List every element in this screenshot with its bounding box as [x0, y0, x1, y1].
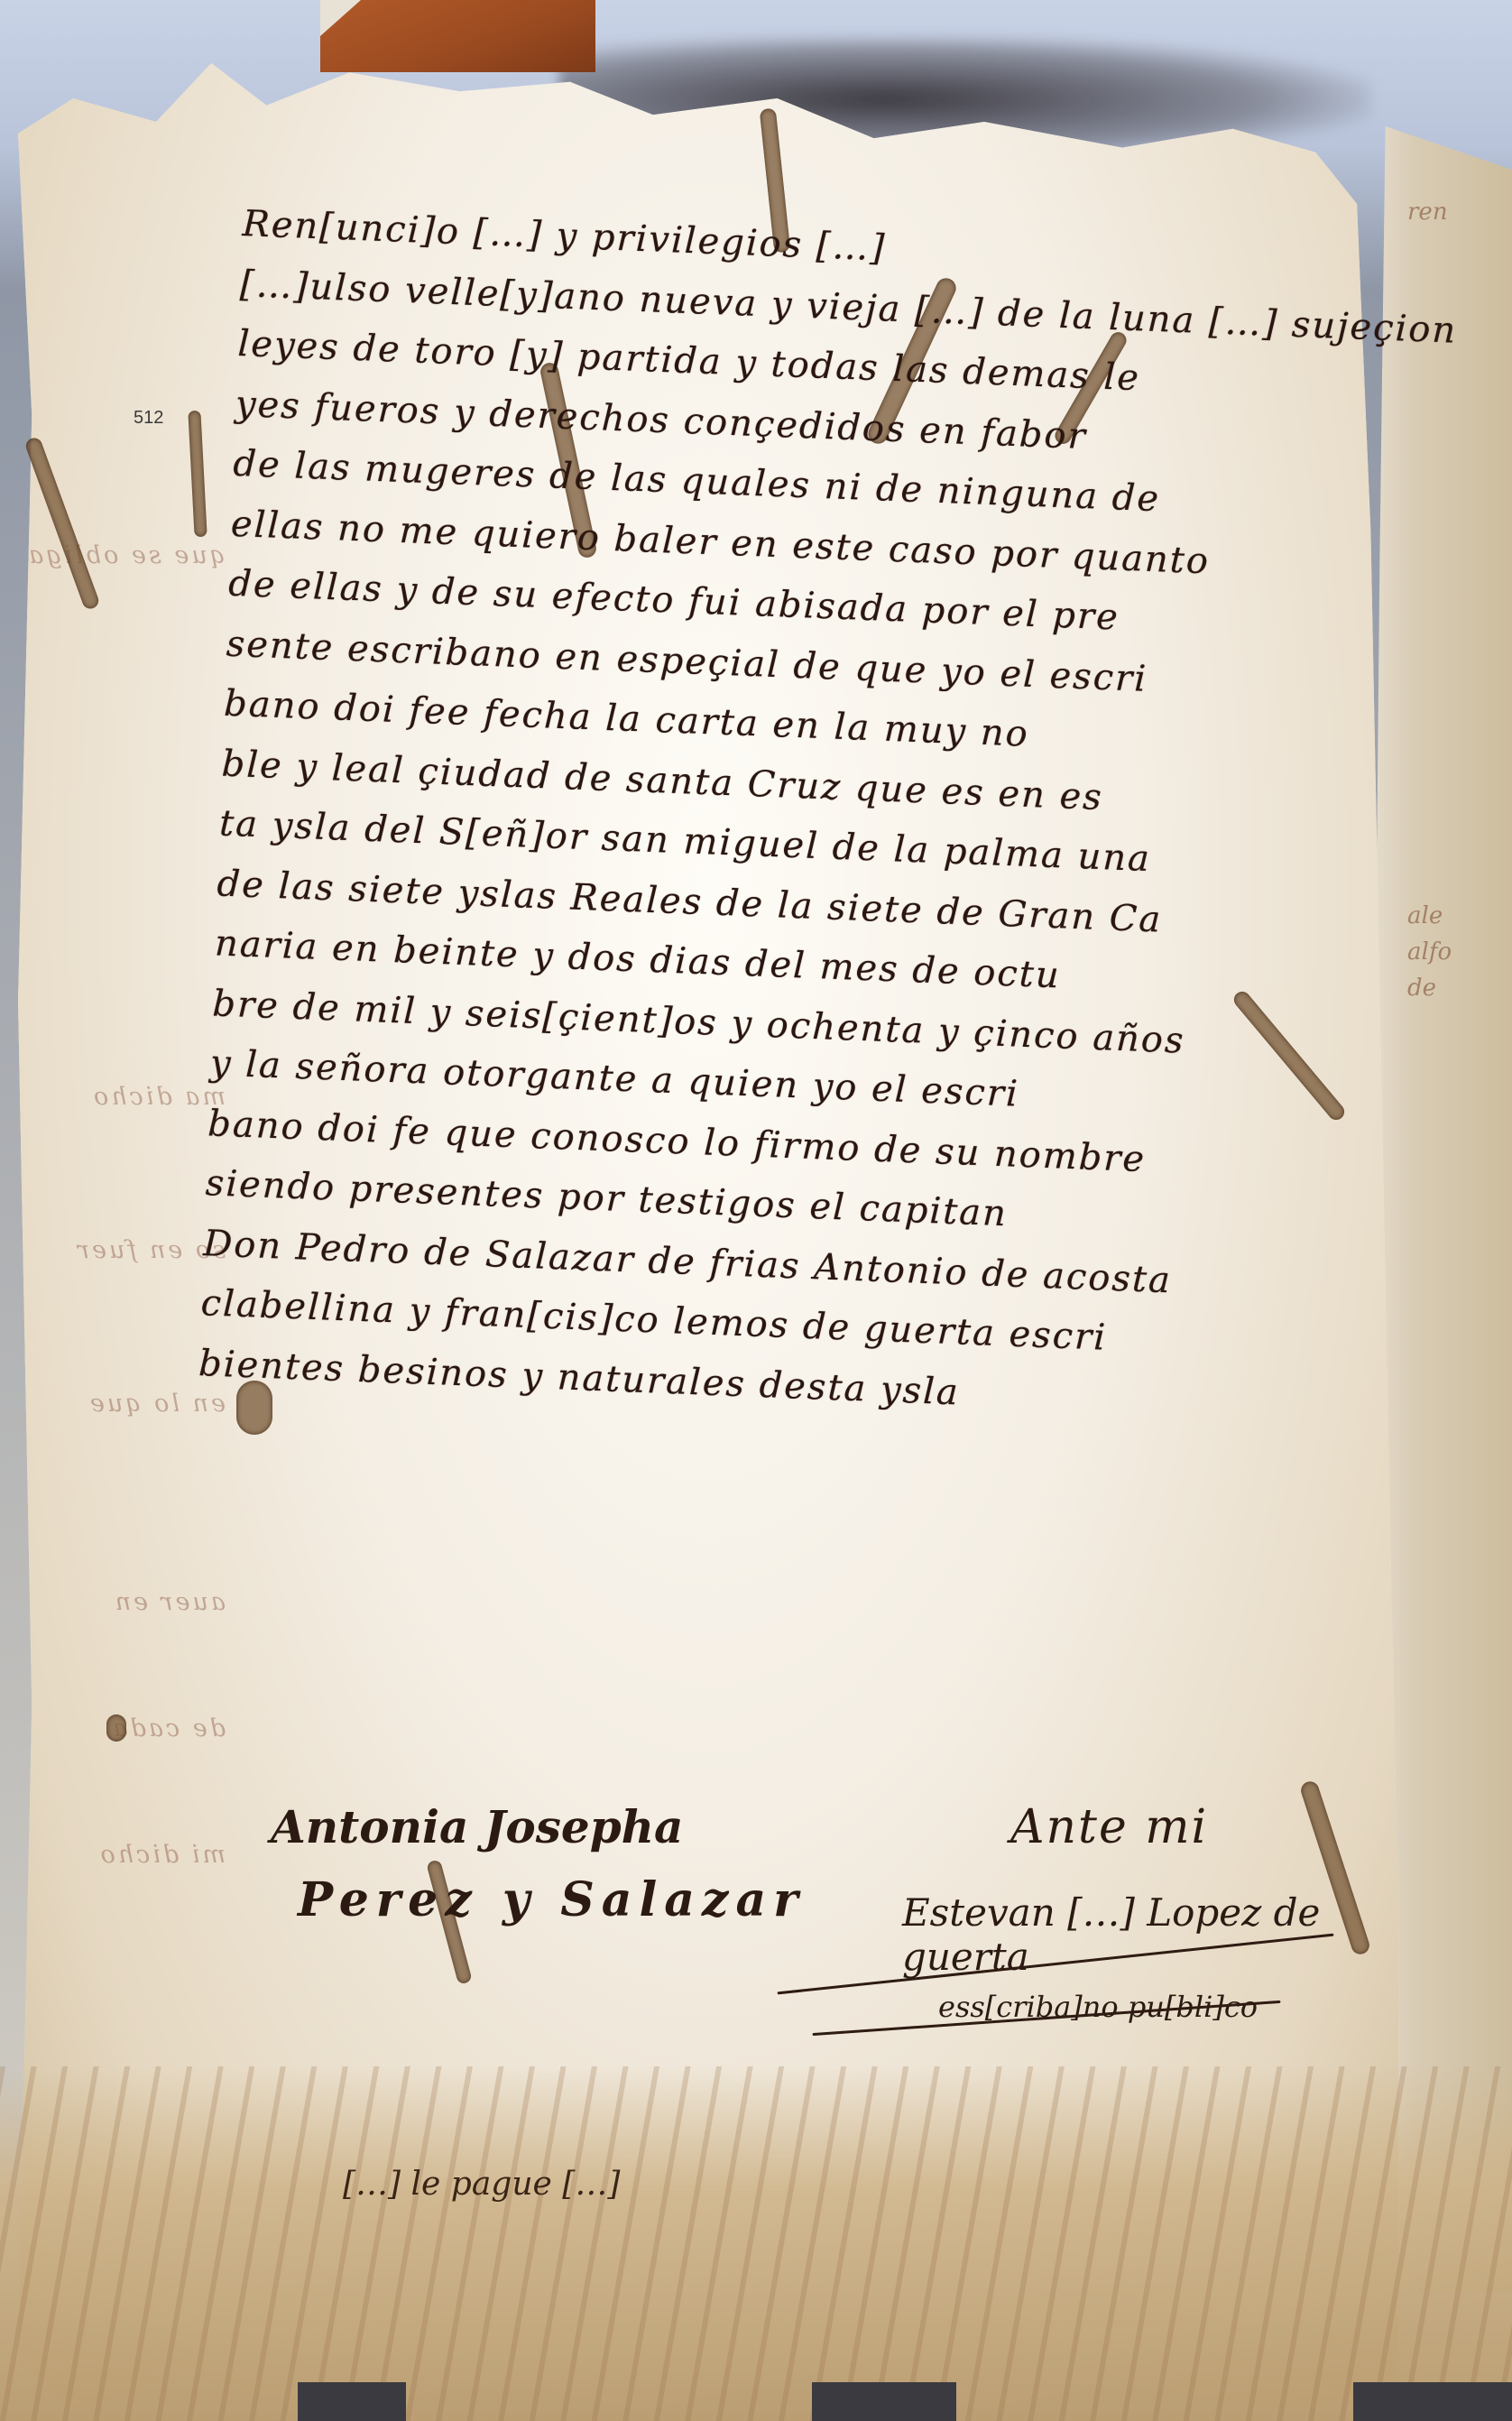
table-surface: [812, 2382, 956, 2421]
hole: [106, 1714, 126, 1742]
bleed-through-text: en lo que: [18, 1390, 226, 1418]
signature-block: Antonia Josepha Perez y Salazar Ante mi …: [271, 1800, 1443, 2089]
adjacent-fragment: ren: [1407, 199, 1448, 226]
paper-slip: [320, 0, 361, 36]
table-surface: [298, 2382, 406, 2421]
bleed-through-text: so en fuer: [18, 1236, 226, 1264]
bleed-through-text: mi dicho: [18, 1841, 226, 1869]
ante-mi-label: Ante mi: [1010, 1800, 1208, 1854]
signature-grantor-last: Perez y Salazar: [298, 1872, 806, 1927]
manuscript-body: Ren[unci]o […] y privilegios […] […]ulso…: [198, 194, 1443, 1439]
bleed-through-text: auer en: [18, 1588, 226, 1616]
table-surface: [1353, 2382, 1512, 2421]
damaged-bottom-edge: [0, 2066, 1512, 2421]
bleed-through-text: que se obliga: [18, 541, 226, 569]
folio-number: 512: [134, 408, 163, 429]
bottom-fragment: […] le pague […]: [343, 2166, 620, 2203]
archive-tab-marker: [320, 0, 595, 72]
bleed-through-text: ma dicho: [18, 1083, 226, 1111]
signature-notary: Estevan […] Lopez de guerta: [902, 1890, 1443, 1979]
signature-grantor-first: Antonia Josepha: [271, 1800, 683, 1853]
